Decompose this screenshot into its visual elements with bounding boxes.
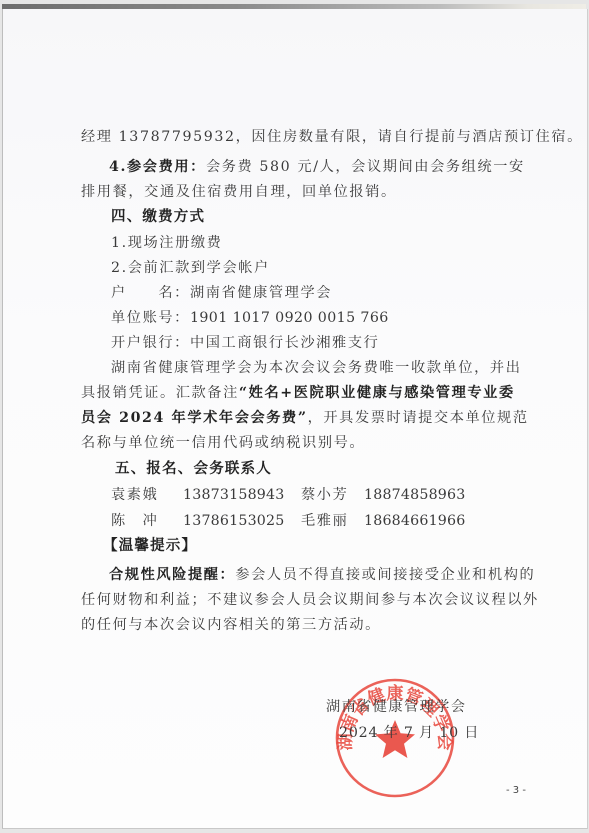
fees-line-1: 4.参会费用：会务费 580 元/人，会议期间由会务组统一安 [109, 158, 525, 176]
fees-label: 4.参会费用： [109, 159, 206, 175]
payment-method-1: 1.现场注册缴费 [111, 234, 222, 252]
bank-value: 中国工商银行长沙湘雅支行 [190, 335, 379, 351]
document-page: 经理 13787795932，因住房数量有限，请自行提前与酒店预订住宿。 4.参… [2, 9, 588, 829]
contact-row-1: 袁素娥 13873158943 蔡小芳 18874858963 [111, 486, 531, 504]
contact-name: 袁素娥 [111, 486, 158, 504]
bank-label: 开户银行： [111, 335, 190, 351]
account-name-row: 户 名：湖南省健康管理学会 [111, 284, 332, 302]
payment-method-2: 2.会前汇款到学会帐户 [111, 259, 270, 277]
tips-line-3: 的任何与本次会议内容相关的第三方活动。 [81, 616, 381, 634]
account-number-row: 单位账号：1901 1017 0920 0015 766 [111, 309, 389, 327]
compliance-text: 参会人员不得直接或间接接受企业和机构的 [235, 567, 535, 583]
signature-date: 2024 年 7 月 10 日 [339, 724, 479, 742]
account-name-value: 湖南省健康管理学会 [190, 285, 332, 301]
contact-row-2: 陈 冲 13786153025 毛雅丽 18684661966 [111, 512, 531, 530]
receipt-note-text: 具报销凭证。汇款备注 [81, 385, 239, 401]
account-name-label: 户 名： [111, 285, 190, 301]
account-number-label: 单位账号： [111, 310, 190, 326]
contact-phone: 18874858963 [364, 486, 466, 504]
account-number-value: 1901 1017 0920 0015 766 [190, 310, 389, 326]
contact-phone: 13873158943 [183, 486, 285, 504]
section-payment-heading: 四、缴费方式 [111, 208, 205, 226]
receipt-note-line-4: 名称与单位统一信用代码或纳税识别号。 [81, 434, 365, 452]
hotel-note-line: 经理 13787795932，因住房数量有限，请自行提前与酒店预订住宿。 [81, 128, 583, 146]
remittance-remark-2: 员会 2024 年学术年会会务费” [81, 410, 308, 426]
tips-heading: 【温馨提示】 [103, 537, 197, 555]
tips-line-1: 合规性风险提醒：参会人员不得直接或间接接受企业和机构的 [109, 566, 535, 584]
contact-name: 陈 冲 [111, 512, 158, 530]
receipt-note-line-2: 具报销凭证。汇款备注“姓名+医院职业健康与感染管理专业委 [81, 384, 515, 402]
tips-line-2: 任何财物和利益；不建议参会人员会议期间参与本次会议议程以外 [81, 591, 539, 609]
page-number: - 3 - [506, 785, 526, 796]
contact-phone: 13786153025 [183, 512, 285, 530]
compliance-label: 合规性风险提醒： [109, 567, 235, 583]
fees-text: 会务费 580 元/人，会议期间由会务组统一安 [206, 159, 525, 175]
remittance-remark-1: “姓名+医院职业健康与感染管理专业委 [239, 385, 515, 401]
receipt-note-line-1: 湖南省健康管理学会为本次会议会务费唯一收款单位，并出 [111, 359, 521, 377]
section-contacts-heading: 五、报名、会务联系人 [115, 460, 272, 478]
receipt-note-line-3: 员会 2024 年学术年会会务费”，开具发票时请提交本单位规范 [81, 409, 529, 427]
invoice-note-text: ，开具发票时请提交本单位规范 [308, 410, 529, 426]
bank-row: 开户银行：中国工商银行长沙湘雅支行 [111, 334, 379, 352]
contact-name: 毛雅丽 [301, 512, 348, 530]
contact-phone: 18684661966 [364, 512, 466, 530]
fees-line-2: 排用餐，交通及住宿费用自理，回单位报销。 [81, 183, 397, 201]
contact-name: 蔡小芳 [301, 486, 348, 504]
signature-org: 湖南省健康管理学会 [326, 698, 466, 716]
